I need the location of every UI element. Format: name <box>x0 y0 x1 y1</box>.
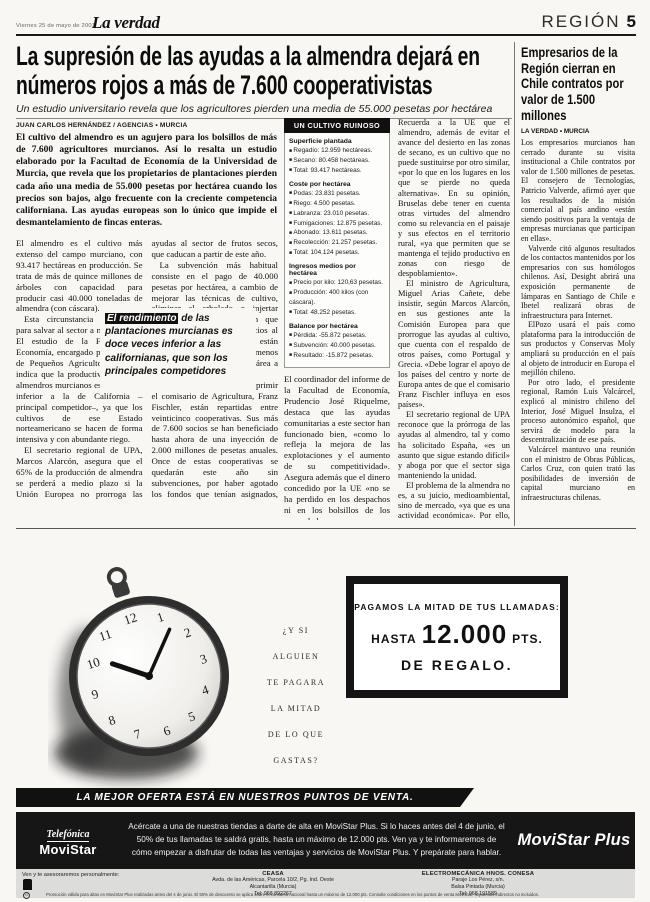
main-headline: La supresión de las ayudas a la almendra… <box>16 42 512 100</box>
infobox-item: Abonado: 13.611 pesetas. <box>289 228 385 238</box>
infobox-item: Secano: 80.458 hectáreas. <box>289 156 385 166</box>
ad-banner: LA MEJOR OFERTA ESTÁ EN NUESTROS PUNTOS … <box>16 788 474 807</box>
ad-bar-copy: Acércate a una de nuestras tiendas a dar… <box>120 821 513 859</box>
infobox-item: Producción: 400 kilos (con cáscara). <box>289 288 385 308</box>
page-header: Viernes 25 de mayo de 2001 La verdad REG… <box>16 8 636 36</box>
article-paragraph: Recuerda a la UE que el almendro, además… <box>398 118 510 279</box>
infobox-item: Total: 93.417 hectáreas. <box>289 166 385 176</box>
store-city: Balsa Pintada (Murcia) <box>388 884 568 891</box>
sidebar-byline: LA VERDAD • MURCIA <box>521 128 589 135</box>
lead-paragraph: El cultivo del almendro es un agujero pa… <box>16 132 277 229</box>
ad-teaser-text: ¿Y SI ALGUIEN TE PAGARA LA MITAD DE LO Q… <box>246 618 346 774</box>
pull-quote-highlight: El rendimiento <box>105 313 178 324</box>
newspaper-page: Viernes 25 de mayo de 2001 La verdad REG… <box>0 0 650 902</box>
infobox-cultivo-ruinoso: UN CULTIVO RUINOSO Superficie plantada R… <box>284 118 390 368</box>
offer-amount: 12.000 <box>422 619 508 650</box>
offer-amount-prefix: HASTA <box>371 632 416 646</box>
article-paragraph: El almendro es el cultivo más extenso de… <box>16 238 143 314</box>
section-name: REGIÓN <box>541 12 620 31</box>
sidebar-paragraph: Valverde citó algunos resultados de los … <box>521 244 635 321</box>
dealer-intro: Ven y te asesoraremos personalmente: <box>22 872 119 878</box>
infobox-item: Total: 48.252 pesetas. <box>289 308 385 318</box>
ad-teaser-line: LA MITAD <box>246 696 346 722</box>
quality-seal-icon: O <box>23 892 30 899</box>
ad-teaser-line: ALGUIEN <box>246 644 346 670</box>
infobox-item: Pérdida: -55.872 pesetas. <box>289 331 385 341</box>
sidebar-body: Los empresarios murcianos han cerrado du… <box>521 138 635 526</box>
infobox-item: Labranza: 23.010 pesetas. <box>289 209 385 219</box>
sidebar-headline: Empresarios de la Región cierran en Chil… <box>521 45 635 123</box>
infobox-section-heading: Balance por hectárea <box>289 323 385 330</box>
infobox-item: Total: 104.124 pesetas. <box>289 248 385 258</box>
store-city: Alcantarilla (Murcia) <box>188 884 358 891</box>
newspaper-masthead: La verdad <box>92 13 160 33</box>
dealer-figure-icon <box>23 879 32 890</box>
offer-amount-unit: PTS. <box>512 632 543 646</box>
article-paragraph: El ministro de Agricultura, Miguel Arias… <box>398 279 510 410</box>
infobox-section-heading: Coste por hectárea <box>289 181 385 188</box>
infobox-item: Fumigaciones: 12.875 pesetas. <box>289 219 385 229</box>
ad-brand-bar: Telefónica MoviStar Acércate a una de nu… <box>16 812 635 869</box>
offer-gift-line: DE REGALO. <box>401 657 513 673</box>
infobox-item: Precio por kilo: 120,63 pesetas. <box>289 278 385 288</box>
movistar-plus-wordmark: MoviStar Plus <box>513 831 635 850</box>
main-byline: JUAN CARLOS HERNÁNDEZ / AGENCIAS • MURCI… <box>16 122 187 129</box>
dealer-strip: Ven y te asesoraremos personalmente: O C… <box>16 869 635 898</box>
article-paragraph: El secretario regional de UPA reconoce q… <box>398 410 510 481</box>
edition-date: Viernes 25 de mayo de 2001 <box>16 23 95 29</box>
infobox-section-heading: Superficie plantada <box>289 138 385 145</box>
store-address: Paraje Los Pérez, s/n. <box>388 877 568 884</box>
ad-teaser-line: DE LO QUE <box>246 722 346 748</box>
store-address: Avda. de las Américas, Parcela 10/2, Pg.… <box>188 877 358 884</box>
sidebar-paragraph: ElPozo usará el país como plataforma par… <box>521 320 635 378</box>
movistar-wordmark: MoviStar <box>16 842 120 857</box>
infobox-item: Regadío: 12.959 hectáreas. <box>289 146 385 156</box>
sidebar-paragraph: Los empresarios murcianos han cerrado du… <box>521 138 635 244</box>
ad-teaser-line: ¿Y SI <box>246 618 346 644</box>
infobox-item: Podas: 23.831 pesetas. <box>289 189 385 199</box>
telefonica-wordmark: Telefónica <box>47 829 90 842</box>
main-subhead: Un estudio universitario revela que los … <box>16 103 512 119</box>
section-header: REGIÓN5 <box>541 12 636 32</box>
offer-intro: PAGAMOS LA MITAD DE TUS LLAMADAS: <box>354 602 560 612</box>
sidebar-paragraph: Valcárcel mantuvo una reunión con el min… <box>521 445 635 503</box>
article-column-3: El coordinador del informe de la Faculta… <box>284 374 390 520</box>
infobox-section-heading: Ingresos medios por hectárea <box>289 263 385 277</box>
telefonica-movistar-logo: Telefónica MoviStar <box>16 824 120 857</box>
offer-amount-line: HASTA 12.000 PTS. <box>371 619 543 650</box>
page-number: 5 <box>627 12 636 31</box>
pocket-watch-image: 123 69 12 45 78 1011 <box>48 548 250 794</box>
article-paragraph: El problema de la almendra no es, a su j… <box>398 481 510 521</box>
infobox-item: Recolección: 21.257 pesetas. <box>289 238 385 248</box>
sidebar-paragraph: Por otro lado, el presidente regional, R… <box>521 378 635 445</box>
ad-teaser-line: TE PAGARA <box>246 670 346 696</box>
ad-fine-print: Promoción válida para altas en MoviStar … <box>46 892 631 897</box>
article-column-4: Recuerda a la UE que el almendro, además… <box>398 118 510 521</box>
infobox-item: Riego: 4.500 pesetas. <box>289 199 385 209</box>
article-bottom-rule <box>16 528 636 529</box>
infobox-item: Subvención: 40.000 pesetas. <box>289 341 385 351</box>
column-divider <box>514 42 515 526</box>
infobox-title: UN CULTIVO RUINOSO <box>284 118 390 133</box>
infobox-body: Superficie plantada Regadío: 12.959 hect… <box>284 133 390 368</box>
ad-teaser-line: GASTAS? <box>246 748 346 774</box>
ad-offer-box: PAGAMOS LA MITAD DE TUS LLAMADAS: HASTA … <box>346 576 568 698</box>
pull-quote: El rendimiento de las plantaciones murci… <box>100 308 256 390</box>
infobox-item: Resultado: -15.872 pesetas. <box>289 351 385 361</box>
